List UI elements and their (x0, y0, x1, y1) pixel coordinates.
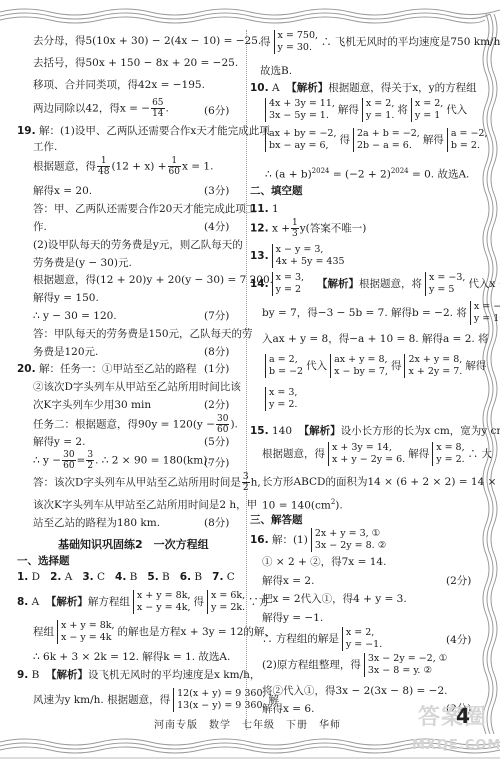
section-title-choice: 一、选择题 (17, 553, 70, 568)
score: (8分) (204, 516, 229, 530)
q12: 12. x +13y(答案不唯一) (250, 218, 366, 239)
score: (8分) (204, 345, 229, 359)
q14-line3: 入ax + y = 8，得−a + 10 = 8. 解得a = 2. 将 (262, 332, 489, 346)
footer-book-info: 河南专版 数学 七年级 下册 华师 (154, 716, 341, 731)
score: (7分) (204, 456, 229, 470)
q14-line1: 14.x = 3,y = 2 【解析】根据题意，将x = −3,y = 5代入x… (250, 272, 500, 296)
score: (6分) (204, 104, 229, 118)
watermark: 答案圈 MXQE.COM (410, 700, 500, 760)
q20-line2: ②该次D字头列车从甲站至乙站所用时间比该 (33, 380, 241, 394)
q8-line1: 8. A 【解析】解方程组x + y = 8k,x − y = 4k,得x = … (17, 590, 269, 614)
score: (1分) (204, 362, 229, 376)
q8-line3: ∴ 6k + 3 × 2k = 12. 解得k = 1. 故选A. (33, 650, 230, 664)
section-title-fill: 二、填空题 (250, 183, 303, 198)
q16-line6: ∴ 方程组的解是x = 2,y = −1. (262, 627, 385, 651)
q16-line8: 将②代入①，得3x − 2(3x − 8) = −2. (262, 684, 448, 698)
q18-step-combine: 移项、合并同类项，得42x = −195. (33, 78, 205, 92)
q19-line1: 19. 解：(1)设甲、乙两队还需要合作x天才能完成此项 (17, 124, 270, 138)
q9-result: 得x = 750,y = 30.∴ 飞机无风时的平均速度是750 km/h. (260, 30, 500, 54)
q16-line7: (2)原方程组整理，得3x − 2y = −2, ①3x − 8 = y. ② (262, 653, 450, 677)
q16-line9: 解得x = 6. (262, 702, 314, 716)
q20-line7: 答：该次D字头列车从甲站至乙站所用时间是32h, (33, 472, 261, 493)
q19-line13: 务费是120元. (33, 345, 98, 359)
q20-line8: 该次K字头列车从甲站至乙站所用时间是2 h，甲 (33, 498, 257, 512)
answers-row-1-7: 1. D 2. A 3. C 4. B 5. B 6. B 7. C (17, 570, 235, 584)
q19-line9: 根据题意，得(12 + 20)y + 20(y − 30) = 7 200. (33, 273, 273, 287)
q10-line2: 4x + 3y = 11,3x − 5y = 1.解得x = 2,y = 1.将… (262, 98, 467, 122)
q20-task2: 任务二：根据题意，得90y = 120(y −3060). (33, 414, 238, 435)
q18-step-divide: 两边同除以42，得x = −6514. (33, 98, 169, 119)
q19-line2: 工作. (33, 140, 57, 154)
q20-line3: 次K字头列车少用30 min (33, 398, 151, 412)
q9-line1: 9. B 【解析】设飞机无风时的平均速度是x km/h， (17, 668, 260, 682)
q19-line5: 答：甲、乙两队还需要合作20天才能完成此项工 (33, 202, 256, 216)
q9-conclusion: 故选B. (260, 64, 292, 78)
wavy-top-border (0, 0, 500, 34)
q11: 11. 1 (250, 202, 279, 216)
q16-line1: 16. 解：(1)2x + y = 3, ①3x − 2y = 8. ② (250, 528, 389, 552)
q20-line6: ∴ y −3060=32. ∴ 2 × 90 = 180(km). (33, 450, 211, 471)
q14-line2: by = 7，得−3 − 5b = 7. 解得b = −2. 将x = −1,y… (262, 301, 500, 325)
q19-line10: 解得y = 150. (33, 291, 99, 305)
q10-line1: 10. A 【解析】根据题意，得关于x，y的方程组 (250, 81, 477, 95)
q13: 13.x − y = 3,4x + 5y = 435 (250, 244, 348, 268)
score: (4分) (204, 220, 229, 234)
q20-line5: 解得y = 2. (33, 435, 85, 449)
q15-line2: 根据题意，得x + 3y = 14,x + y − 2y = 6.解得x = 8… (262, 442, 492, 466)
score: (7分) (204, 309, 229, 323)
q15-line3: 长方形ABCD的面积为14 × (6 + 2 × 2) = 14 × (262, 475, 496, 489)
q19-line4: 解得x = 20. (33, 184, 92, 198)
q19-line12: 答：甲队每天的劳务费是150元，乙队每天的劳 (33, 327, 253, 341)
q16-line5: 解得y = −1. (262, 611, 323, 625)
chapter-title: 基础知识巩固练2 一次方程组 (58, 536, 209, 552)
q19-line7: (2)设甲队每天的劳务费是y元，则乙队每天的 (33, 238, 243, 252)
q19-line8: 劳务费是(y − 30)元. (33, 256, 132, 270)
q18-step-brackets: 去括号，得50x + 150 − 8x + 20 = −25. (33, 56, 238, 70)
q19-line11: ∴ y − 30 = 120. (33, 309, 117, 323)
score: (2分) (204, 398, 229, 412)
page-number: 4 (456, 704, 470, 728)
q20-line1: 20. 解：任务一：①甲站至乙站的路程 (17, 362, 196, 376)
score: (3分) (204, 184, 229, 198)
q18-step-denominator: 去分母，得5(10x + 30) − 2(4x − 10) = −25. (33, 34, 261, 48)
q9-line2: 风速为y km/h. 根据题意，得12(x + y) = 9 360,13(x … (33, 688, 279, 712)
q16-line3: 解得x = 2. (262, 574, 314, 588)
q20-line9: 站至乙站的路程为180 km. (33, 516, 160, 530)
q15-line1: 15. 140 【解析】设小长方形的长为x cm，宽为y cm. (250, 424, 500, 438)
score: (5分) (204, 435, 229, 449)
q14-line5: x = 3,y = 2. (262, 387, 300, 411)
q10-line3: ax + by = −2,bx − ay = 6,得2a + b = −2,2b… (262, 128, 491, 152)
q19-line6: 作. (33, 220, 47, 234)
q16-line2: ① × 2 + ②，得7x = 14. (262, 555, 386, 569)
q10-line4: ∴ (a + b)2024 = (−2 + 2)2024 = 0. 故选A. (265, 164, 469, 182)
q8-line2: 程组x + y = 8k,x − y = 4k的解也是方程x + 3y = 12… (33, 620, 275, 644)
q14-line4: a = 2,b = −2代入ax + y = 8,x − by = 7,得2x … (262, 354, 486, 378)
q15-line4: 10 = 140(cm2). (262, 495, 343, 513)
score: (2分) (446, 574, 471, 588)
q19-equation: 根据题意，得148(12 + x) +160x = 1. (33, 156, 213, 177)
score: (4分) (446, 633, 471, 647)
q16-line4: 把x = 2代入①，得4 + y = 3. (262, 592, 407, 606)
section-title-answer: 三、解答题 (250, 512, 303, 527)
